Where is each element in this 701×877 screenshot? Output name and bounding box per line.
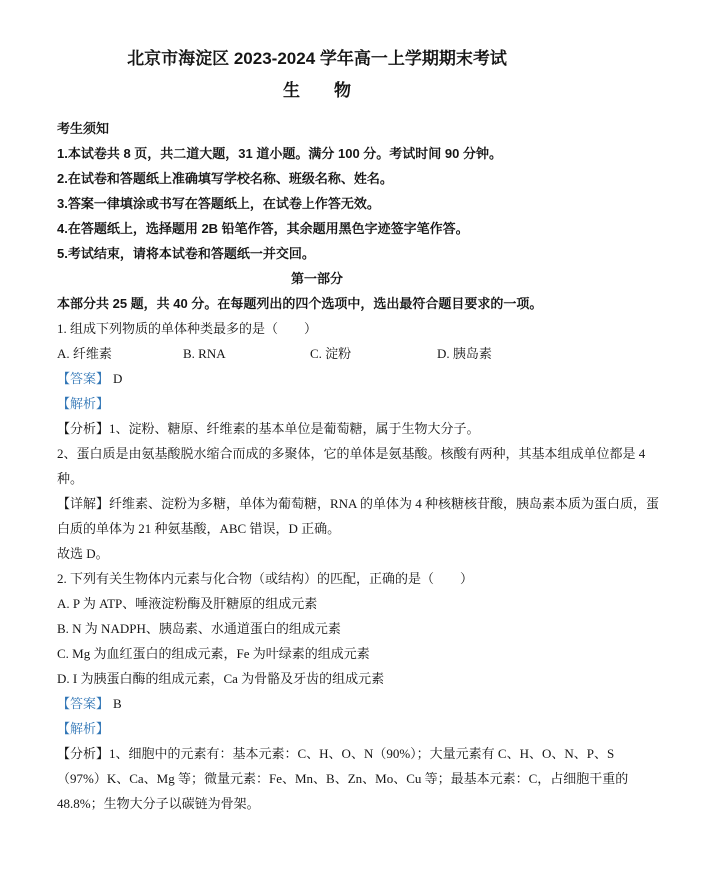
notice-heading: 考生须知 [57,116,661,141]
section-intro: 本部分共 25 题，共 40 分。在每题列出的四个选项中，选出最符合题目要求的一… [57,291,661,316]
exam-title: 北京市海淀区 2023-2024 学年高一上学期期末考试 [57,46,577,72]
question-2-explain-line: 【解析】 [57,716,661,741]
notice-item-2: 2.在试卷和答题纸上准确填写学校名称、班级名称、姓名。 [57,166,661,191]
question-2-option-b: B. N 为 NADPH、胰岛素、水通道蛋白的组成元素 [57,616,661,641]
question-1-analysis-line-3: 种。 [57,466,661,491]
question-1-option-c: C. 淀粉 [310,341,437,366]
question-1-option-b: B. RNA [183,341,310,366]
notice-item-5: 5.考试结束，请将本试卷和答题纸一并交回。 [57,241,661,266]
explain-label: 【解析】 [57,396,109,411]
question-1-options: A. 纤维素 B. RNA C. 淀粉 D. 胰岛素 [57,341,661,366]
question-1-explain-line: 【解析】 [57,391,661,416]
question-2-option-c: C. Mg 为血红蛋白的组成元素，Fe 为叶绿素的组成元素 [57,641,661,666]
question-2-option-d: D. I 为胰蛋白酶的组成元素，Ca 为骨骼及牙齿的组成元素 [57,666,661,691]
question-1-conclusion: 故选 D。 [57,541,661,566]
question-2-option-a: A. P 为 ATP、唾液淀粉酶及肝糖原的组成元素 [57,591,661,616]
answer-label: 【答案】 [57,371,109,386]
question-1-detail-line-1: 【详解】纤维素、淀粉为多糖，单体为葡萄糖，RNA 的单体为 4 种核糖核苷酸，胰… [57,491,661,516]
explain-label: 【解析】 [57,721,109,736]
question-2-analysis-line-1: 【分析】1、细胞中的元素有：基本元素：C、H、O、N（90%）；大量元素有 C、… [57,741,661,766]
question-1-option-d: D. 胰岛素 [437,341,661,366]
question-1-detail-line-2: 白质的单体为 21 种氨基酸，ABC 错误，D 正确。 [57,516,661,541]
question-2-analysis-line-3: 48.8%；生物大分子以碳链为骨架。 [57,791,661,816]
question-1-stem: 1. 组成下列物质的单体种类最多的是（ ） [57,316,661,341]
answer-label: 【答案】 [57,696,109,711]
question-1-answer: D [113,371,122,386]
notice-item-4: 4.在答题纸上，选择题用 2B 铅笔作答，其余题用黑色字迹签字笔作答。 [57,216,661,241]
exam-body: 考生须知 1.本试卷共 8 页，共二道大题，31 道小题。满分 100 分。考试… [57,116,661,816]
question-1-answer-line: 【答案】D [57,366,661,391]
question-2-analysis-line-2: （97%）K、Ca、Mg 等；微量元素：Fe、Mn、B、Zn、Mo、Cu 等；最… [57,766,661,791]
notice-item-3: 3.答案一律填涂或书写在答题纸上，在试卷上作答无效。 [57,191,661,216]
question-2-answer-line: 【答案】B [57,691,661,716]
question-2-answer: B [113,696,122,711]
question-2-stem: 2. 下列有关生物体内元素与化合物（或结构）的匹配，正确的是（ ） [57,566,661,591]
section-heading: 第一部分 [57,266,577,291]
question-1-analysis-line-1: 【分析】1、淀粉、糖原、纤维素的基本单位是葡萄糖，属于生物大分子。 [57,416,661,441]
exam-document-page: 北京市海淀区 2023-2024 学年高一上学期期末考试 生 物 考生须知 1.… [0,0,701,877]
exam-subject: 生 物 [57,78,577,104]
question-1-option-a: A. 纤维素 [57,341,183,366]
notice-item-1: 1.本试卷共 8 页，共二道大题，31 道小题。满分 100 分。考试时间 90… [57,141,661,166]
question-1-analysis-line-2: 2、蛋白质是由氨基酸脱水缩合而成的多聚体，它的单体是氨基酸。核酸有两种，其基本组… [57,441,661,466]
